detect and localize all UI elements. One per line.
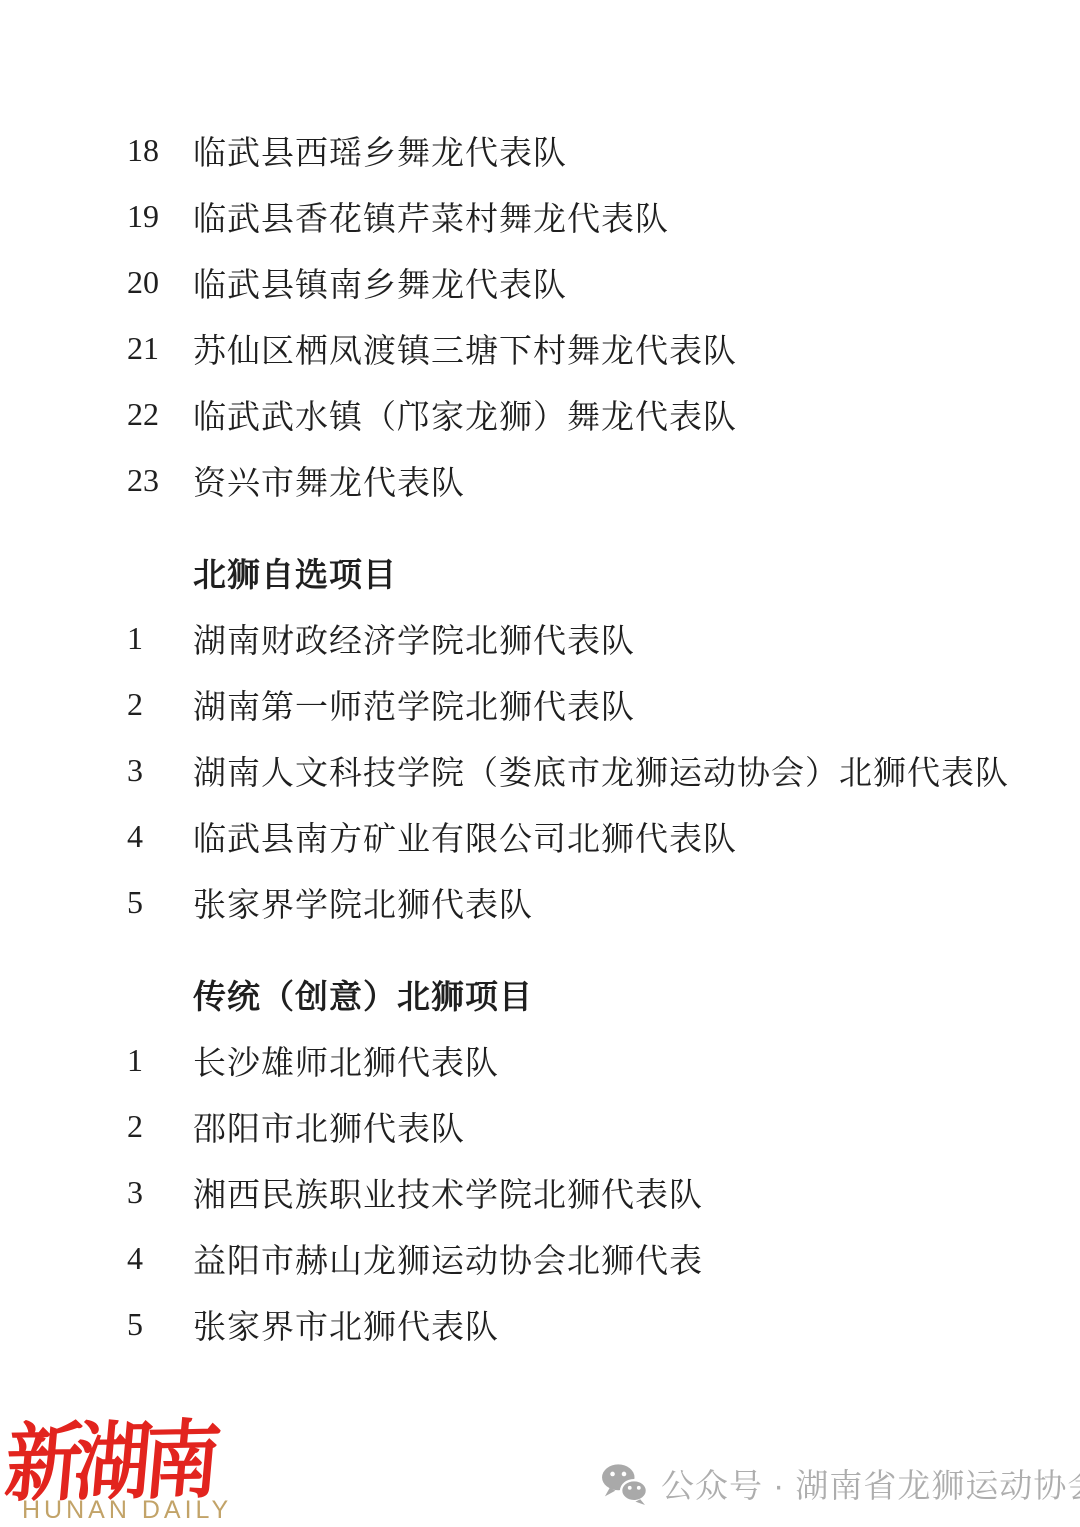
list-item: 1 长沙雄师北狮代表队	[0, 1027, 1080, 1093]
team-name: 临武县西瑶乡舞龙代表队	[193, 127, 567, 174]
list-item: 21 苏仙区栖凤渡镇三塘下村舞龙代表队	[0, 315, 1080, 381]
team-name: 湖南人文科技学院（娄底市龙狮运动协会）北狮代表队	[193, 747, 1009, 794]
team-name: 临武武水镇（邝家龙狮）舞龙代表队	[193, 391, 737, 438]
team-name: 邵阳市北狮代表队	[193, 1103, 465, 1150]
team-name: 临武县南方矿业有限公司北狮代表队	[193, 813, 737, 860]
item-number: 23	[127, 462, 193, 499]
team-name: 湘西民族职业技术学院北狮代表队	[193, 1169, 703, 1216]
team-name: 张家界市北狮代表队	[193, 1301, 499, 1348]
item-number: 5	[127, 884, 193, 921]
list-item: 22 临武武水镇（邝家龙狮）舞龙代表队	[0, 381, 1080, 447]
item-number: 19	[127, 198, 193, 235]
list-item: 4 临武县南方矿业有限公司北狮代表队	[0, 803, 1080, 869]
team-name: 临武县镇南乡舞龙代表队	[193, 259, 567, 306]
team-name: 资兴市舞龙代表队	[193, 457, 465, 504]
team-name: 张家界学院北狮代表队	[193, 879, 533, 926]
team-name: 长沙雄师北狮代表队	[193, 1037, 499, 1084]
list-item: 19 临武县香花镇芹菜村舞龙代表队	[0, 183, 1080, 249]
item-number: 21	[127, 330, 193, 367]
document-page: 18 临武县西瑶乡舞龙代表队 19 临武县香花镇芹菜村舞龙代表队 20 临武县镇…	[0, 0, 1080, 1527]
item-number: 3	[127, 752, 193, 789]
list-item: 2 湖南第一师范学院北狮代表队	[0, 671, 1080, 737]
item-number: 3	[127, 1174, 193, 1211]
wechat-icon	[600, 1463, 648, 1505]
item-number: 2	[127, 1108, 193, 1145]
section-header: 传统（创意）北狮项目	[0, 961, 1080, 1027]
item-number: 4	[127, 1240, 193, 1277]
team-name: 临武县香花镇芹菜村舞龙代表队	[193, 193, 669, 240]
list-item: 4 益阳市赫山龙狮运动协会北狮代表	[0, 1225, 1080, 1291]
hunan-daily-logo-subtitle: HUNAN DAILY	[22, 1496, 232, 1525]
item-number: 5	[127, 1306, 193, 1343]
list-item: 3 湖南人文科技学院（娄底市龙狮运动协会）北狮代表队	[0, 737, 1080, 803]
team-name: 益阳市赫山龙狮运动协会北狮代表	[193, 1235, 703, 1282]
section-header: 北狮自选项目	[0, 539, 1080, 605]
list-item: 1 湖南财政经济学院北狮代表队	[0, 605, 1080, 671]
list-item: 5 张家界市北狮代表队	[0, 1291, 1080, 1357]
team-list: 18 临武县西瑶乡舞龙代表队 19 临武县香花镇芹菜村舞龙代表队 20 临武县镇…	[0, 0, 1080, 1357]
wechat-account-badge: 公众号 · 湖南省龙狮运动协会	[600, 1460, 1080, 1507]
list-item: 18 临武县西瑶乡舞龙代表队	[0, 117, 1080, 183]
list-item: 2 邵阳市北狮代表队	[0, 1093, 1080, 1159]
item-number: 1	[127, 620, 193, 657]
list-item: 23 资兴市舞龙代表队	[0, 447, 1080, 513]
list-item: 3 湘西民族职业技术学院北狮代表队	[0, 1159, 1080, 1225]
item-number: 20	[127, 264, 193, 301]
item-number: 22	[127, 396, 193, 433]
wechat-account-label: 公众号 · 湖南省龙狮运动协会	[661, 1460, 1080, 1507]
item-number: 2	[127, 686, 193, 723]
hunan-daily-logo: 新湖南	[1, 1392, 227, 1518]
item-number: 4	[127, 818, 193, 855]
list-item: 5 张家界学院北狮代表队	[0, 869, 1080, 935]
team-name: 湖南财政经济学院北狮代表队	[193, 615, 635, 662]
item-number: 1	[127, 1042, 193, 1079]
team-name: 苏仙区栖凤渡镇三塘下村舞龙代表队	[193, 325, 737, 372]
team-name: 湖南第一师范学院北狮代表队	[193, 681, 635, 728]
list-item: 20 临武县镇南乡舞龙代表队	[0, 249, 1080, 315]
item-number: 18	[127, 132, 193, 169]
